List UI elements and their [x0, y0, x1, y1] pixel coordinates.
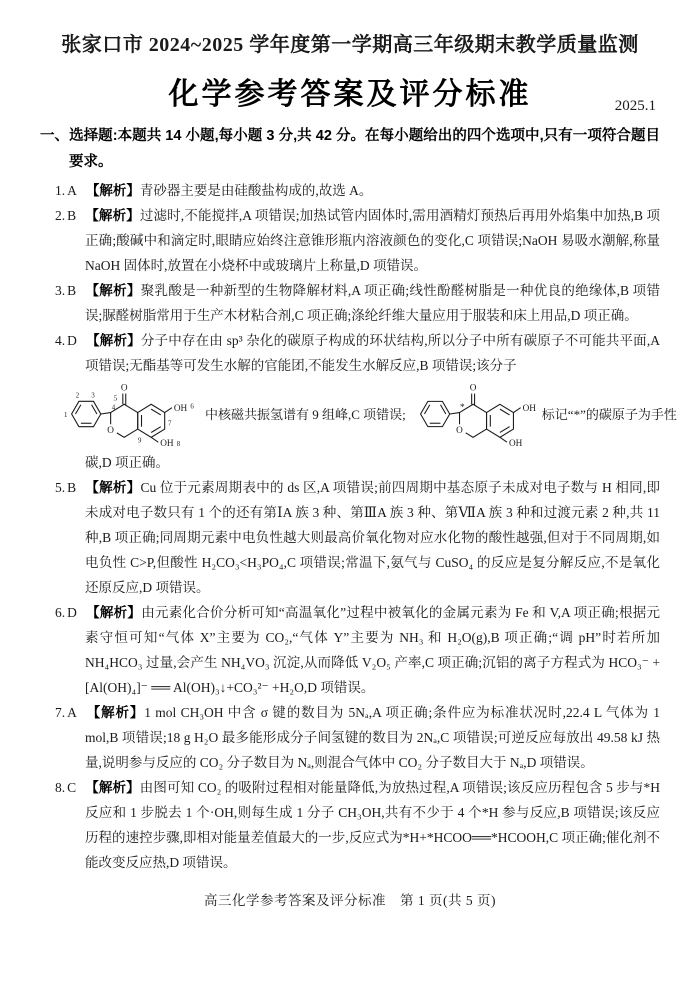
hydroxyl-top-label: OH — [522, 403, 536, 413]
answer-item-1: 1.A【解析】青砂器主要是由硅酸盐构成的,故选 A。 — [55, 178, 660, 203]
item-number: 1. — [55, 183, 65, 198]
item-number: 6. — [55, 605, 65, 620]
answer-list: 1.A【解析】青砂器主要是由硅酸盐构成的,故选 A。 2.B【解析】过滤时,不能… — [55, 178, 660, 875]
answer-item-4-continuation: 碳,D 项正确。 — [55, 450, 660, 475]
item-answer: A — [67, 183, 77, 198]
page-footer: 高三化学参考答案及评分标准 第 1 页(共 5 页) — [40, 889, 660, 909]
answer-item-5: 5.B【解析】Cu 位于元素周期表中的 ds 区,A 项错误;前四周期中基态原子… — [55, 475, 660, 600]
molecule-structure-numbered-flavanone: O O OH 6 7 9 OH 8 1 2 3 4 5 — [57, 380, 205, 448]
item-number: 4. — [55, 333, 65, 348]
analysis-text: 由元素化合价分析可知“高温氧化”过程中被氧化的金属元素为 Fe 和 V,A 项正… — [85, 605, 660, 695]
page-title: 化学参考答案及评分标准 — [169, 69, 532, 113]
document-page: 张家口市 2024~2025 学年度第一学期高三年级期末教学质量监测 化学参考答… — [0, 0, 700, 983]
molecule-structure-chiral-flavanone: * O O OH OH — [406, 380, 542, 448]
analysis-text: 碳,D 项正确。 — [85, 455, 169, 470]
analysis-text: 由图可知 CO₂ 的吸附过程相对能量降低,为放热过程,A 项错误;该反应历程包含… — [85, 780, 660, 870]
item-answer: A — [67, 705, 77, 720]
position-7-label: 7 — [168, 421, 172, 428]
item-answer: D — [67, 605, 77, 620]
item-answer: B — [67, 480, 76, 495]
position-9-label: 9 — [138, 438, 142, 445]
carbonyl-oxygen-label: O — [121, 384, 128, 394]
analysis-label: 【解析】 — [86, 183, 140, 198]
item-number: 8. — [55, 780, 65, 795]
analysis-label: 【解析】 — [86, 333, 141, 348]
hydroxyl-top-label: OH — [174, 404, 188, 414]
item-number: 2. — [55, 208, 65, 223]
analysis-label: 【解析】 — [86, 605, 141, 620]
analysis-text: 青砂器主要是由硅酸盐构成的,故选 A。 — [140, 183, 373, 198]
analysis-text: 分子中存在由 sp³ 杂化的碳原子构成的环状结构,所以分子中所有碳原子不可能共平… — [85, 333, 660, 373]
carbonyl-oxygen-label: O — [469, 383, 476, 393]
analysis-label: 【解析】 — [86, 705, 144, 720]
chiral-star-label: * — [460, 402, 465, 413]
exam-header: 张家口市 2024~2025 学年度第一学期高三年级期末教学质量监测 — [40, 28, 660, 57]
molecule-row: O O OH 6 7 9 OH 8 1 2 3 4 5 中核磁共振氢谱有 9 组… — [57, 380, 660, 448]
position-6-label: 6 — [190, 404, 194, 411]
analysis-label: 【解析】 — [85, 208, 140, 223]
ring-oxygen-label: O — [107, 426, 114, 436]
item-number: 3. — [55, 283, 65, 298]
section-heading: 一、选择题:本题共 14 小题,每小题 3 分,共 42 分。在每小题给出的四个… — [40, 123, 660, 175]
analysis-text: 中核磁共振氢谱有 9 组峰,C 项错误; — [205, 402, 406, 427]
title-row: 化学参考答案及评分标准 2025.1 — [40, 69, 660, 111]
analysis-label: 【解析】 — [85, 780, 140, 795]
analysis-text: 1 mol CH₃OH 中含 σ 键的数目为 5Nₐ,A 项正确;条件应为标准状… — [85, 705, 660, 770]
analysis-label: 【解析】 — [85, 480, 140, 495]
position-4-label: 4 — [112, 405, 116, 412]
position-5-label: 5 — [114, 395, 118, 402]
hydroxyl-bottom-label: OH — [160, 439, 174, 448]
item-answer: D — [67, 333, 77, 348]
position-3-label: 3 — [91, 392, 95, 399]
ring-oxygen-label: O — [456, 425, 463, 435]
answer-item-2: 2.B【解析】过滤时,不能搅拌,A 项错误;加热试管内固体时,需用酒精灯预热后再… — [55, 203, 660, 278]
position-1-label: 1 — [64, 412, 67, 419]
item-answer: B — [67, 283, 76, 298]
answer-item-4: 4.D【解析】分子中存在由 sp³ 杂化的碳原子构成的环状结构,所以分子中所有碳… — [55, 328, 660, 378]
analysis-text: Cu 位于元素周期表中的 ds 区,A 项错误;前四周期中基态原子未成对电子数与… — [85, 480, 660, 595]
analysis-text: 过滤时,不能搅拌,A 项错误;加热试管内固体时,需用酒精灯预热后再用外焰集中加热… — [85, 208, 660, 273]
item-number: 7. — [55, 705, 65, 720]
item-answer: B — [67, 208, 76, 223]
exam-date: 2025.1 — [615, 98, 656, 115]
item-number: 5. — [55, 480, 65, 495]
analysis-label: 【解析】 — [85, 283, 141, 298]
position-8-label: 8 — [177, 441, 181, 448]
position-2-label: 2 — [76, 392, 80, 399]
answer-item-7: 7.A【解析】1 mol CH₃OH 中含 σ 键的数目为 5Nₐ,A 项正确;… — [55, 700, 660, 775]
analysis-text: 标记“*”的碳原子为手性 — [542, 402, 677, 427]
hydroxyl-bottom-label: OH — [509, 438, 523, 448]
answer-item-8: 8.C【解析】由图可知 CO₂ 的吸附过程相对能量降低,为放热过程,A 项错误;… — [55, 775, 660, 875]
answer-item-6: 6.D【解析】由元素化合价分析可知“高温氧化”过程中被氧化的金属元素为 Fe 和… — [55, 600, 660, 700]
answer-item-3: 3.B【解析】聚乳酸是一种新型的生物降解材料,A 项正确;线性酚醛树脂是一种优良… — [55, 278, 660, 328]
item-answer: C — [67, 780, 76, 795]
analysis-text: 聚乳酸是一种新型的生物降解材料,A 项正确;线性酚醛树脂是一种优良的绝缘体,B … — [85, 283, 660, 323]
